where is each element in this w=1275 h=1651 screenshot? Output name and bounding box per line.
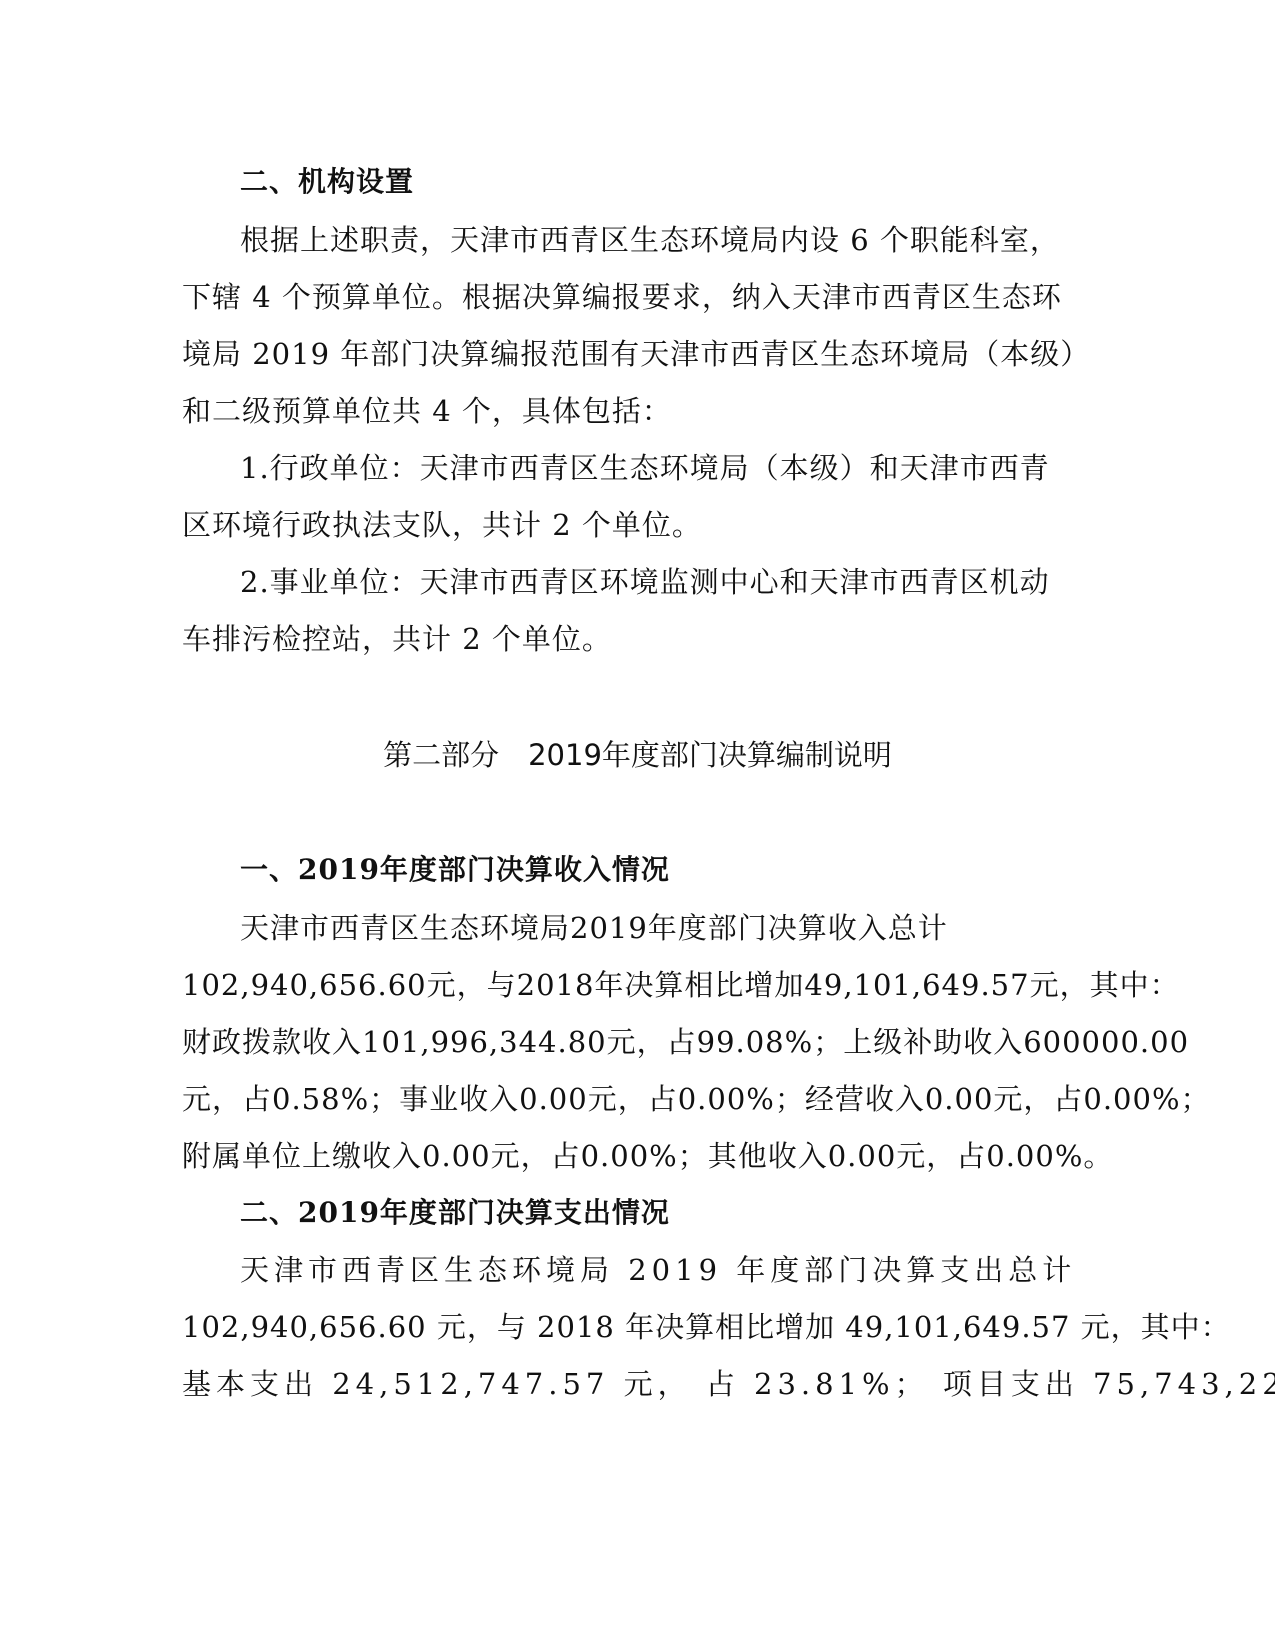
document-page: 二、机构设置 根据上述职责，天津市西青区生态环境局内设 6 个职能科室， 下辖 … bbox=[0, 0, 1275, 1651]
list-item-admin-units: 1.行政单位：天津市西青区生态环境局（本级）和天津市西青 bbox=[240, 448, 1050, 488]
paragraph-line: 102,940,656.60 元，与 2018 年决算相比增加 49,101,6… bbox=[182, 1307, 1231, 1347]
list-item-admin-units-cont: 区环境行政执法支队，共计 2 个单位。 bbox=[182, 505, 702, 545]
paragraph-line: 天津市西青区生态环境局 2019 年度部门决算支出总计 bbox=[240, 1250, 1076, 1290]
paragraph-line: 和二级预算单位共 4 个，具体包括： bbox=[182, 391, 672, 431]
paragraph-line: 元，占0.58%；事业收入0.00元，占0.00%；经营收入0.00元，占0.0… bbox=[182, 1079, 1211, 1119]
part-two-title: 第二部分 2019年度部门决算编制说明 bbox=[0, 735, 1275, 775]
paragraph-line: 天津市西青区生态环境局2019年度部门决算收入总计 bbox=[240, 908, 948, 948]
paragraph-line: 下辖 4 个预算单位。根据决算编报要求，纳入天津市西青区生态环 bbox=[182, 277, 1062, 317]
section-heading-income: 一、2019年度部门决算收入情况 bbox=[240, 850, 670, 890]
paragraph-line: 根据上述职责，天津市西青区生态环境局内设 6 个职能科室， bbox=[240, 220, 1060, 260]
paragraph-line: 基本支出 24,512,747.57 元， 占 23.81%； 项目支出 75,… bbox=[182, 1364, 1275, 1404]
section-heading-org: 二、机构设置 bbox=[240, 162, 414, 202]
paragraph-line: 附属单位上缴收入0.00元，占0.00%；其他收入0.00元，占0.00%。 bbox=[182, 1136, 1113, 1176]
paragraph-line: 102,940,656.60元，与2018年决算相比增加49,101,649.5… bbox=[182, 965, 1180, 1005]
paragraph-line: 境局 2019 年部门决算编报范围有天津市西青区生态环境局（本级） bbox=[182, 334, 1090, 374]
section-heading-expense: 二、2019年度部门决算支出情况 bbox=[240, 1193, 670, 1233]
list-item-public-institutions-cont: 车排污检控站，共计 2 个单位。 bbox=[182, 619, 612, 659]
paragraph-line: 财政拨款收入101,996,344.80元，占99.08%；上级补助收入6000… bbox=[182, 1022, 1189, 1062]
list-item-public-institutions: 2.事业单位：天津市西青区环境监测中心和天津市西青区机动 bbox=[240, 562, 1050, 602]
